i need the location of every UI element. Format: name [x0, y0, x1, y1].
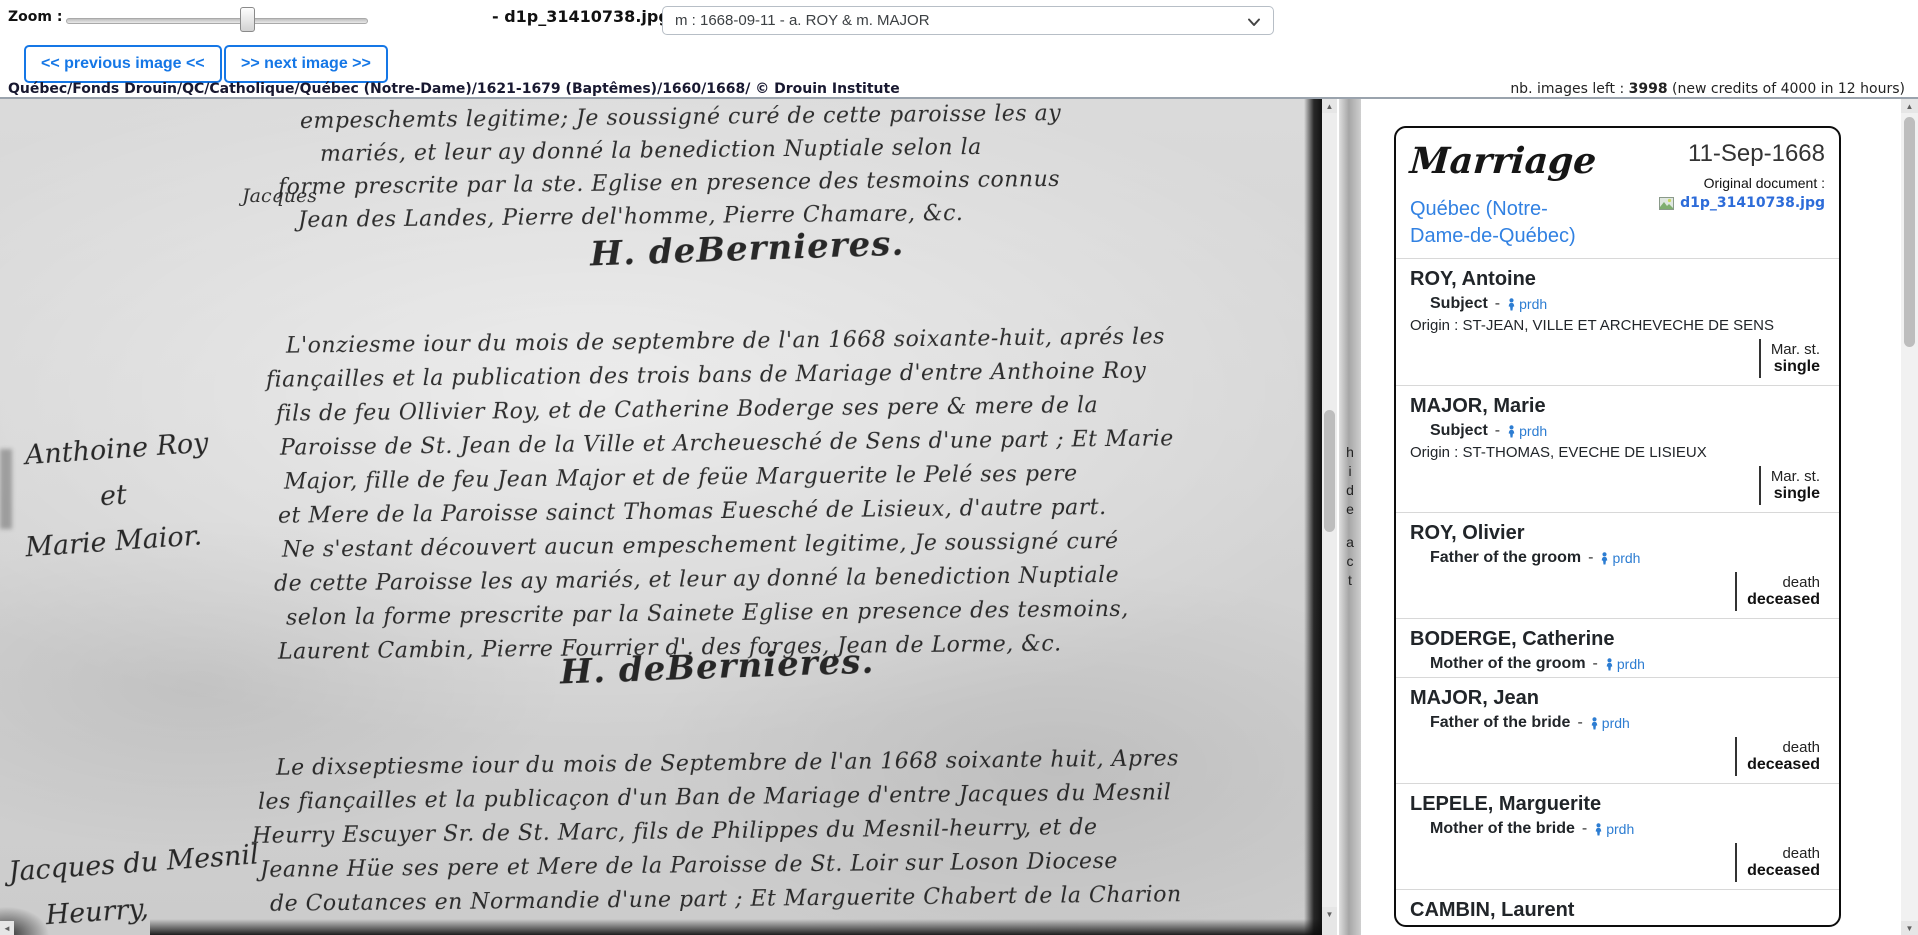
prdh-link[interactable]: prdh: [1594, 821, 1634, 837]
person-icon: [1594, 823, 1603, 836]
person-name: MAJOR, Marie: [1410, 395, 1825, 418]
manuscript-paragraph: empeschemts legitime; Je soussigné curé …: [290, 101, 1061, 233]
person-section: BODERGE, Catherine Mother of the groom -…: [1396, 619, 1839, 678]
person-role-row: Father of the groom - prdh: [1430, 549, 1825, 567]
status-label: death: [1747, 845, 1820, 862]
manuscript-margin-line: et: [98, 466, 213, 520]
scan-dark-edge-right: [1304, 99, 1322, 935]
record-card-header: Marriage Québec (Notre-Dame-de-Québec) 1…: [1396, 128, 1839, 259]
scroll-up-icon[interactable]: ▲: [1901, 99, 1918, 113]
parish-link[interactable]: Québec (Notre-Dame-de-Québec): [1410, 196, 1595, 250]
prdh-link[interactable]: prdh: [1507, 296, 1547, 312]
record-select-value: m : 1668-09-11 - a. ROY & m. MAJOR: [675, 12, 930, 29]
scroll-up-icon[interactable]: ▲: [1322, 99, 1337, 113]
person-icon: [1507, 298, 1516, 311]
breadcrumb-path: Québec/Fonds Drouin/QC/Catholique/Québec…: [8, 81, 750, 97]
status-label: Mar. st.: [1771, 341, 1820, 358]
person-role-row: Mother of the bride - prdh: [1430, 820, 1825, 838]
status-value: single: [1771, 485, 1820, 503]
prdh-label: prdh: [1612, 550, 1640, 566]
scroll-left-icon[interactable]: ◄: [0, 921, 14, 935]
breadcrumb-row: Québec/Fonds Drouin/QC/Catholique/Québec…: [0, 81, 1918, 97]
scrollbar-corner: [1322, 921, 1337, 935]
person-role-row: Subject - prdh: [1430, 295, 1825, 313]
credits-count: 3998: [1629, 81, 1668, 97]
person-role: Father of the groom: [1430, 549, 1581, 567]
previous-image-button[interactable]: << previous image <<: [24, 45, 222, 83]
role-separator: -: [1495, 422, 1500, 440]
page-scrollbar-thumb[interactable]: [1904, 117, 1915, 347]
status-value: deceased: [1747, 756, 1820, 774]
person-status-block: Mar. st. single: [1759, 466, 1823, 505]
person-section: CAMBIN, Laurent - prdh: [1396, 890, 1839, 927]
prdh-link[interactable]: prdh: [1605, 656, 1645, 672]
prdh-link[interactable]: prdh: [1590, 715, 1630, 731]
person-origin: Origin : ST-JEAN, VILLE ET ARCHEVECHE DE…: [1410, 317, 1825, 334]
status-label: death: [1747, 739, 1820, 756]
role-separator: -: [1593, 655, 1598, 673]
zoom-slider-thumb[interactable]: [240, 7, 255, 32]
chevron-down-icon: [1247, 15, 1261, 29]
person-section: MAJOR, Marie Subject - prdh Origin : ST-…: [1396, 386, 1839, 513]
person-name: BODERGE, Catherine: [1410, 628, 1825, 651]
person-role: Mother of the bride: [1430, 820, 1575, 838]
person-status-block: death deceased: [1735, 737, 1823, 776]
credits-prefix: nb. images left :: [1510, 81, 1628, 97]
person-section: ROY, Antoine Subject - prdh Origin : ST-…: [1396, 259, 1839, 386]
person-icon: [1605, 658, 1614, 671]
person-name: ROY, Antoine: [1410, 268, 1825, 291]
status-label: death: [1747, 574, 1820, 591]
person-section: LEPELE, Marguerite Mother of the bride -…: [1396, 784, 1839, 890]
person-origin: Origin : ST-THOMAS, EVECHE DE LISIEUX: [1410, 444, 1825, 461]
record-date: 11-Sep-1668: [1659, 140, 1825, 168]
document-scrollbar-thumb[interactable]: [1324, 410, 1335, 532]
scan-edge-smudge: [0, 449, 12, 529]
role-separator: -: [1588, 549, 1593, 567]
manuscript-margin-note: Anthoine RoyetMarie Maior.: [17, 421, 216, 572]
scan-dark-edge-bottom: [150, 919, 1322, 935]
person-section: ROY, Olivier Father of the groom - prdh …: [1396, 513, 1839, 619]
manuscript-paragraph: Le dixseptiesme iour du mois de Septembr…: [262, 747, 1182, 917]
hide-act-word1: hide: [1342, 444, 1358, 520]
breadcrumb: Québec/Fonds Drouin/QC/Catholique/Québec…: [8, 81, 900, 97]
person-icon: [1590, 717, 1599, 730]
prdh-link[interactable]: prdh: [1507, 423, 1547, 439]
record-card: Marriage Québec (Notre-Dame-de-Québec) 1…: [1394, 126, 1841, 927]
prdh-link[interactable]: prdh: [1600, 550, 1640, 566]
document-viewer[interactable]: empeschemts legitime; Je soussigné curé …: [0, 99, 1322, 935]
record-type-title: Marriage: [1409, 140, 1598, 182]
person-role-row: Subject - prdh: [1430, 422, 1825, 440]
status-label: Mar. st.: [1771, 468, 1820, 485]
person-name: ROY, Olivier: [1410, 522, 1825, 545]
person-role-row: Mother of the groom - prdh: [1430, 655, 1825, 673]
original-document-link[interactable]: d1p_31410738.jpg: [1680, 195, 1825, 211]
status-value: deceased: [1747, 591, 1820, 609]
breadcrumb-copyright: © Drouin Institute: [755, 81, 899, 97]
scroll-down-icon[interactable]: ▼: [1322, 907, 1337, 921]
hide-act-word2: act: [1342, 534, 1358, 591]
zoom-slider-track[interactable]: [66, 18, 368, 24]
prdh-label: prdh: [1606, 821, 1634, 837]
person-role: Father of the bride: [1430, 714, 1570, 732]
document-scrollbar-vertical[interactable]: ▲ ▼: [1322, 99, 1337, 935]
record-select[interactable]: m : 1668-09-11 - a. ROY & m. MAJOR: [662, 6, 1274, 35]
person-role: Mother of the groom: [1430, 655, 1586, 673]
page-scrollbar-vertical[interactable]: ▲ ▼: [1901, 99, 1918, 935]
zoom-label: Zoom :: [8, 9, 62, 25]
person-status-block: Mar. st. single: [1759, 339, 1823, 378]
role-separator: -: [1577, 714, 1582, 732]
person-role: Subject: [1430, 422, 1488, 440]
person-role: Subject: [1430, 295, 1488, 313]
original-document-label: Original document :: [1659, 175, 1825, 191]
role-separator: -: [1495, 295, 1500, 313]
hide-act-toggle[interactable]: hide act: [1339, 99, 1361, 935]
person-name: MAJOR, Jean: [1410, 687, 1825, 710]
manuscript-sidenote: Jacques: [242, 185, 317, 207]
person-role-row: Father of the bride - prdh: [1430, 714, 1825, 732]
person-name: CAMBIN, Laurent: [1410, 899, 1825, 922]
credits-suffix: (new credits of 4000 in 12 hours): [1668, 81, 1905, 97]
scroll-down-icon[interactable]: ▼: [1901, 921, 1918, 935]
prdh-label: prdh: [1519, 296, 1547, 312]
person-name: LEPELE, Marguerite: [1410, 793, 1825, 816]
person-status-block: death deceased: [1735, 843, 1823, 882]
manuscript-paragraph: L'onziesme iour du mois de septembre de …: [272, 325, 1174, 665]
status-value: single: [1771, 358, 1820, 376]
image-filename: - d1p_31410738.jpg: [492, 7, 670, 26]
image-thumbnail-icon: [1659, 197, 1674, 210]
manuscript-margin-line: Marie Maior.: [24, 512, 217, 571]
next-image-button[interactable]: >> next image >>: [224, 45, 388, 83]
prdh-label: prdh: [1519, 423, 1547, 439]
prdh-label: prdh: [1602, 715, 1630, 731]
person-status-block: death deceased: [1735, 572, 1823, 611]
person-section: MAJOR, Jean Father of the bride - prdh d…: [1396, 678, 1839, 784]
person-icon: [1507, 425, 1516, 438]
person-icon: [1600, 552, 1609, 565]
credits-remaining: nb. images left : 3998 (new credits of 4…: [1510, 81, 1905, 97]
status-value: deceased: [1747, 862, 1820, 880]
role-separator: -: [1582, 820, 1587, 838]
prdh-label: prdh: [1617, 656, 1645, 672]
